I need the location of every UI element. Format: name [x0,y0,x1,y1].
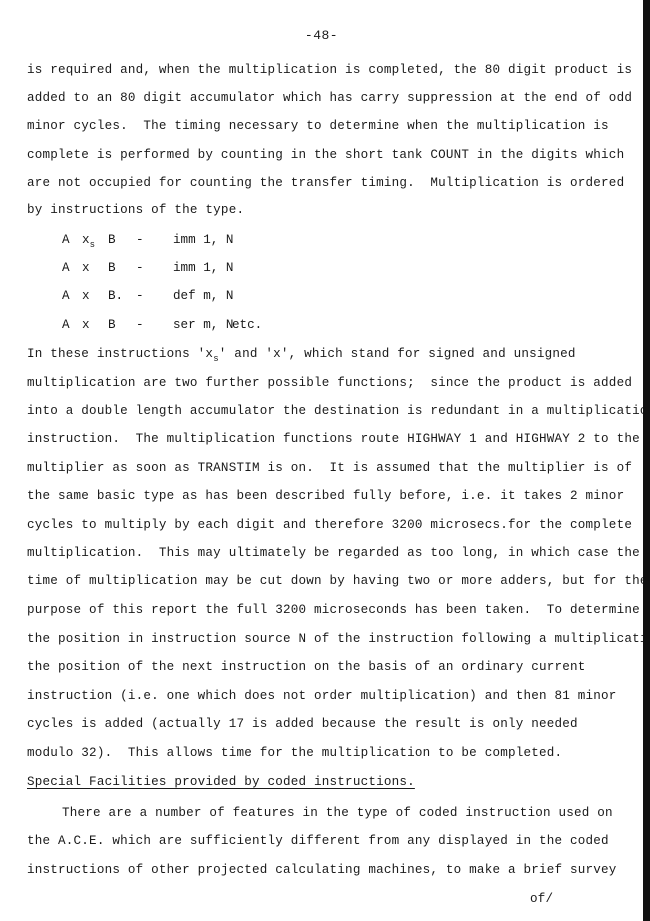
instr-operand-b: B. [108,288,123,304]
text-fragment: ' and 'x', which stand for signed and un… [219,347,576,361]
text-line: are not occupied for counting the transf… [27,175,624,191]
instr-operand-b: B [108,260,116,276]
page-number: -48- [0,28,643,43]
text-line: instructions of other projected calculat… [27,862,617,878]
text-line: the A.C.E. which are sufficiently differ… [27,833,609,849]
text-line: multiplier as soon as TRANSTIM is on. It… [27,460,632,476]
instr-argument: imm 1, N [173,260,233,276]
instr-operand-a: A [62,288,70,304]
text-line: instruction (i.e. one which does not ord… [27,688,617,704]
section-heading: Special Facilities provided by coded ins… [27,774,415,790]
text-line: cycles to multiply by each digit and the… [27,517,632,533]
text-line: by instructions of the type. [27,202,244,218]
text-line: added to an 80 digit accumulator which h… [27,90,632,106]
text-line: modulo 32). This allows time for the mul… [27,745,562,761]
text-line: time of multiplication may be cut down b… [27,573,648,589]
instr-argument: ser m, N [173,317,233,333]
scan-edge-strip [643,0,650,921]
instr-op-subscript: s [90,240,95,250]
text-line: the same basic type as has been describe… [27,488,624,504]
text-line: the position in instruction source N of … [27,631,650,647]
instr-dash: - [136,317,144,333]
instr-dash: - [136,260,144,276]
instr-operator: x [82,288,90,304]
instr-operator: xs [82,232,95,253]
instr-operand-a: A [62,317,70,333]
instr-argument: def m, N [173,288,233,304]
text-line: into a double length accumulator the des… [27,403,650,419]
text-line: multiplication are two further possible … [27,375,632,391]
instr-operand-a: A [62,260,70,276]
text-line: complete is performed by counting in the… [27,147,624,163]
instr-operand-a: A [62,232,70,248]
instr-op-symbol: x [82,233,90,247]
instruction-row: A x B - ser m, N etc. [0,317,30,445]
catchword: of/ [530,891,553,907]
text-line: instruction. The multiplication function… [27,431,640,447]
text-line: There are a number of features in the ty… [62,805,613,821]
text-line: purpose of this report the full 3200 mic… [27,602,640,618]
text-line: minor cycles. The timing necessary to de… [27,118,609,134]
text-line: the position of the next instruction on … [27,659,586,675]
instr-extra: etc. [232,317,262,333]
instr-argument: imm 1, N [173,232,233,248]
document-page: -48- is required and, when the multiplic… [0,0,643,921]
text-line: In these instructions 'xs' and 'x', whic… [27,346,576,367]
instr-operand-b: B [108,317,116,333]
text-line: multiplication. This may ultimately be r… [27,545,640,561]
instr-dash: - [136,232,144,248]
instr-operand-b: B [108,232,116,248]
instr-operator: x [82,260,90,276]
instr-dash: - [136,288,144,304]
text-line: is required and, when the multiplication… [27,62,632,78]
text-fragment: In these instructions 'x [27,347,213,361]
text-line: cycles is added (actually 17 is added be… [27,716,578,732]
instr-operator: x [82,317,90,333]
